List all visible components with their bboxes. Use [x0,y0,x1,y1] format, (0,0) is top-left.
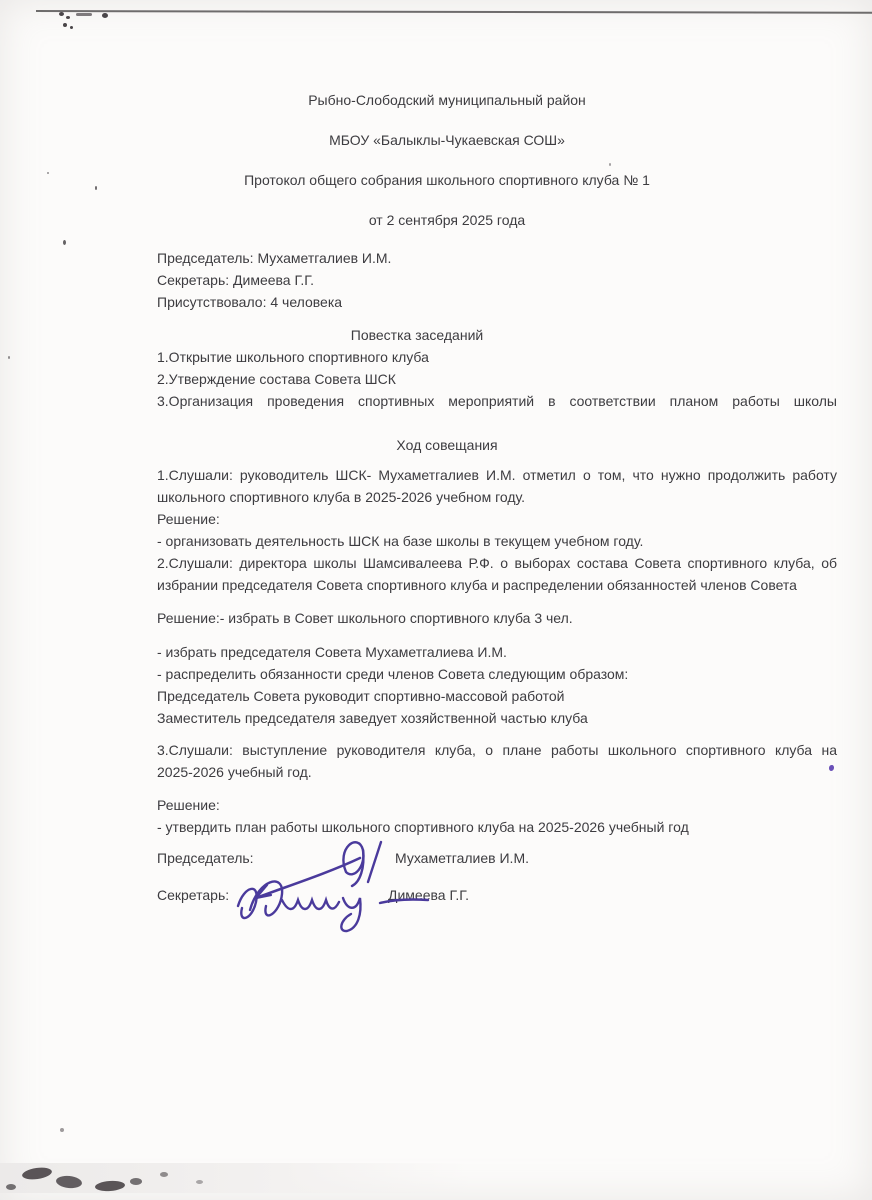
ink-speck [8,356,10,359]
secretary-signature-ink [230,870,456,936]
header-district: Рыбно-Слободский муниципальный район [107,89,787,111]
proceedings-title: Ход совещания [107,434,787,456]
participants-attendance: Присутствовало: 4 человека [157,291,837,313]
dirt-blob [160,1172,168,1177]
proceedings-line-7: Решение:- избрать в Совет школьного спор… [157,607,837,629]
ink-speck [609,163,611,166]
proceedings-line-13: 2025-2026 учебный год. [157,761,837,783]
header-school: МБОУ «Балыклы-Чукаевская СОШ» [107,129,787,151]
proceedings-line-12: 3.Слушали: выступление руководителя клуб… [157,739,837,761]
proceedings-line-14: Решение: [157,794,837,816]
ink-speck [102,13,108,18]
ink-speck [59,12,64,16]
proceedings-line-4: - организовать деятельность ШСК на базе … [157,530,837,552]
agenda-item-3: 3.Организация проведения спортивных меро… [157,390,837,412]
participants-secretary: Секретарь: Димеева Г.Г. [157,269,837,291]
ink-speck [66,16,70,19]
proceedings-line-5: 2.Слушали: директора школы Шамсивалеева … [157,552,837,574]
proceedings-line-6: избрании председателя Совета спортивного… [157,574,837,596]
proceedings-line-3: Решение: [157,508,837,530]
agenda-item-2: 2.Утверждение состава Совета ШСК [157,368,837,390]
participants-chairman: Председатель: Мухаметгалиев И.М. [157,247,837,269]
scanned-protocol-page: Рыбно-Слободский муниципальный район МБО… [0,0,872,1200]
dirt-blob [6,1184,16,1190]
ink-speck [70,26,73,29]
proceedings-line-1: 1.Слушали: руководитель ШСК- Мухаметгали… [157,464,837,486]
ink-smudge [76,13,92,16]
agenda-title: Повестка заседаний [77,324,757,346]
dirt-blob [60,1128,64,1132]
ink-speck [47,172,49,174]
ink-speck [63,23,67,27]
proceedings-line-8: - избрать председателя Совета Мухаметгал… [157,641,837,663]
ink-speck [63,240,66,245]
proceedings-line-2: школьного спортивного клуба в 2025-2026 … [157,486,837,508]
ink-speck [95,186,97,190]
dirt-blob [130,1178,142,1185]
header-protocol-title: Протокол общего собрания школьного спорт… [107,169,787,191]
agenda-item-1: 1.Открытие школьного спортивного клуба [157,346,837,368]
proceedings-line-11: Заместитель председателя заведует хозяйс… [157,707,837,729]
scan-edge-line [36,10,872,14]
chairman-signature-name: Мухаметгалиев И.М. [395,847,529,869]
secretary-signature-label: Секретарь: [157,884,229,906]
header-date: от 2 сентября 2025 года [107,209,787,231]
proceedings-line-9: - распределить обязанности среди членов … [157,663,837,685]
proceedings-line-10: Председатель Совета руководит спортивно-… [157,685,837,707]
dirt-blob [196,1180,203,1184]
chairman-signature-label: Председатель: [157,847,254,869]
